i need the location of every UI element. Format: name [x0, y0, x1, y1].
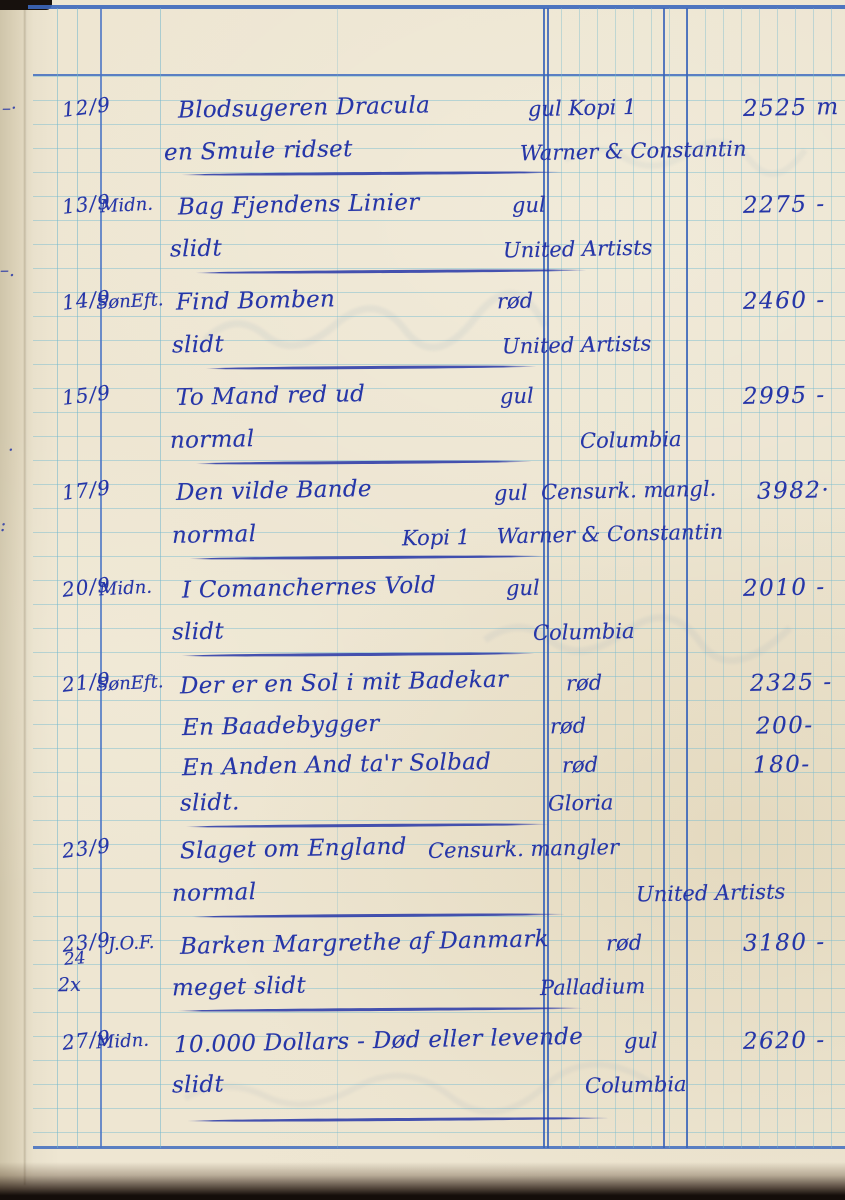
distributor-note: United Artists — [636, 879, 786, 906]
distributor-note: Gloria — [548, 790, 614, 815]
film-length-m: 2275 - — [743, 191, 826, 219]
film-title: Den vilde Bande — [176, 476, 372, 506]
entry-tag: SønEft. — [95, 289, 164, 314]
print-color-note: rød — [566, 671, 603, 696]
condition-note: slidt — [172, 331, 225, 358]
print-color-note: rød — [497, 289, 534, 314]
film-title: I Comanchernes Vold — [182, 572, 437, 603]
film-title: En Baadebygger — [182, 711, 380, 741]
condition-note: slidt — [172, 1071, 225, 1098]
print-color-note: gul Kopi 1 — [528, 95, 637, 121]
film-title: Blodsugeren Dracula — [178, 92, 431, 123]
film-length-m: 2525 m — [743, 94, 840, 122]
scan-edge — [0, 1162, 845, 1200]
condition-note: normal — [172, 879, 257, 907]
censor-card-note: gul Censurk. mangl. — [494, 477, 717, 506]
condition-note: normal — [172, 521, 257, 549]
binding-crease — [24, 0, 27, 1185]
print-color-note: rød — [550, 714, 587, 739]
condition-note: slidt — [170, 235, 223, 262]
entry-tag: Midn. — [98, 577, 152, 601]
ledger-page: 12/9Blodsugeren Draculagul Kopi 12525 me… — [0, 0, 845, 1200]
condition-note: slidt. — [180, 789, 240, 816]
film-title: Find Bomben — [176, 286, 336, 315]
column-rule — [663, 8, 665, 1148]
entry-date-second: 24 — [63, 948, 86, 970]
distributor-note: United Artists — [502, 331, 652, 358]
film-length-m: 3180 - — [743, 929, 826, 957]
print-color-note: gul — [500, 384, 534, 409]
facing-page-ink-mark: –· — [2, 98, 17, 119]
distributor-note: Warner & Constantin — [520, 137, 747, 166]
distributor-note: Columbia — [585, 1072, 687, 1098]
film-length-m: 3982· — [757, 477, 831, 505]
facing-page-ink-mark: –. — [0, 260, 15, 281]
print-color-note: gul — [624, 1029, 658, 1054]
column-rule — [160, 8, 161, 1148]
film-length-m: 2620 - — [743, 1027, 826, 1055]
film-length-m: 2460 - — [743, 287, 826, 315]
print-color-note: gul — [512, 193, 546, 218]
film-length-m: 180- — [753, 751, 811, 778]
entry-tag: SønEft. — [95, 671, 164, 696]
print-color-note: gul — [506, 576, 540, 601]
distributor-note: United Artists — [503, 235, 653, 262]
facing-page-ink-mark: : — [0, 515, 6, 536]
distributor-note: Columbia — [533, 619, 635, 645]
facing-page-ink-mark: · — [8, 440, 14, 461]
film-title: To Mand red ud — [176, 381, 366, 411]
distributor-note: Columbia — [580, 427, 682, 453]
film-length-m: 2325 - — [750, 669, 833, 697]
column-rule — [686, 8, 688, 1148]
film-title: Bag Fjendens Linier — [178, 189, 420, 220]
condition-note: normal — [170, 426, 255, 454]
print-color-note: rød — [606, 931, 643, 956]
condition-note: meget slidt — [172, 973, 307, 1002]
film-title: Slaget om England — [180, 834, 407, 865]
distributor-note: Palladium — [540, 974, 646, 1000]
entry-tag: Midn. — [95, 1030, 149, 1054]
entry-times-note: 2x — [58, 974, 81, 996]
film-length-m: 200- — [756, 712, 814, 739]
entry-tag: Midn. — [99, 194, 153, 218]
film-length-m: 2995 - — [743, 382, 826, 410]
entry-tag: J.O.F. — [107, 932, 154, 955]
print-color-note: rød — [562, 753, 599, 778]
condition-note: en Smule ridset — [164, 136, 353, 166]
condition-note: slidt — [172, 618, 225, 645]
film-length-m: 2010 - — [743, 574, 826, 602]
censor-card-note: Censurk. mangler — [428, 835, 619, 863]
